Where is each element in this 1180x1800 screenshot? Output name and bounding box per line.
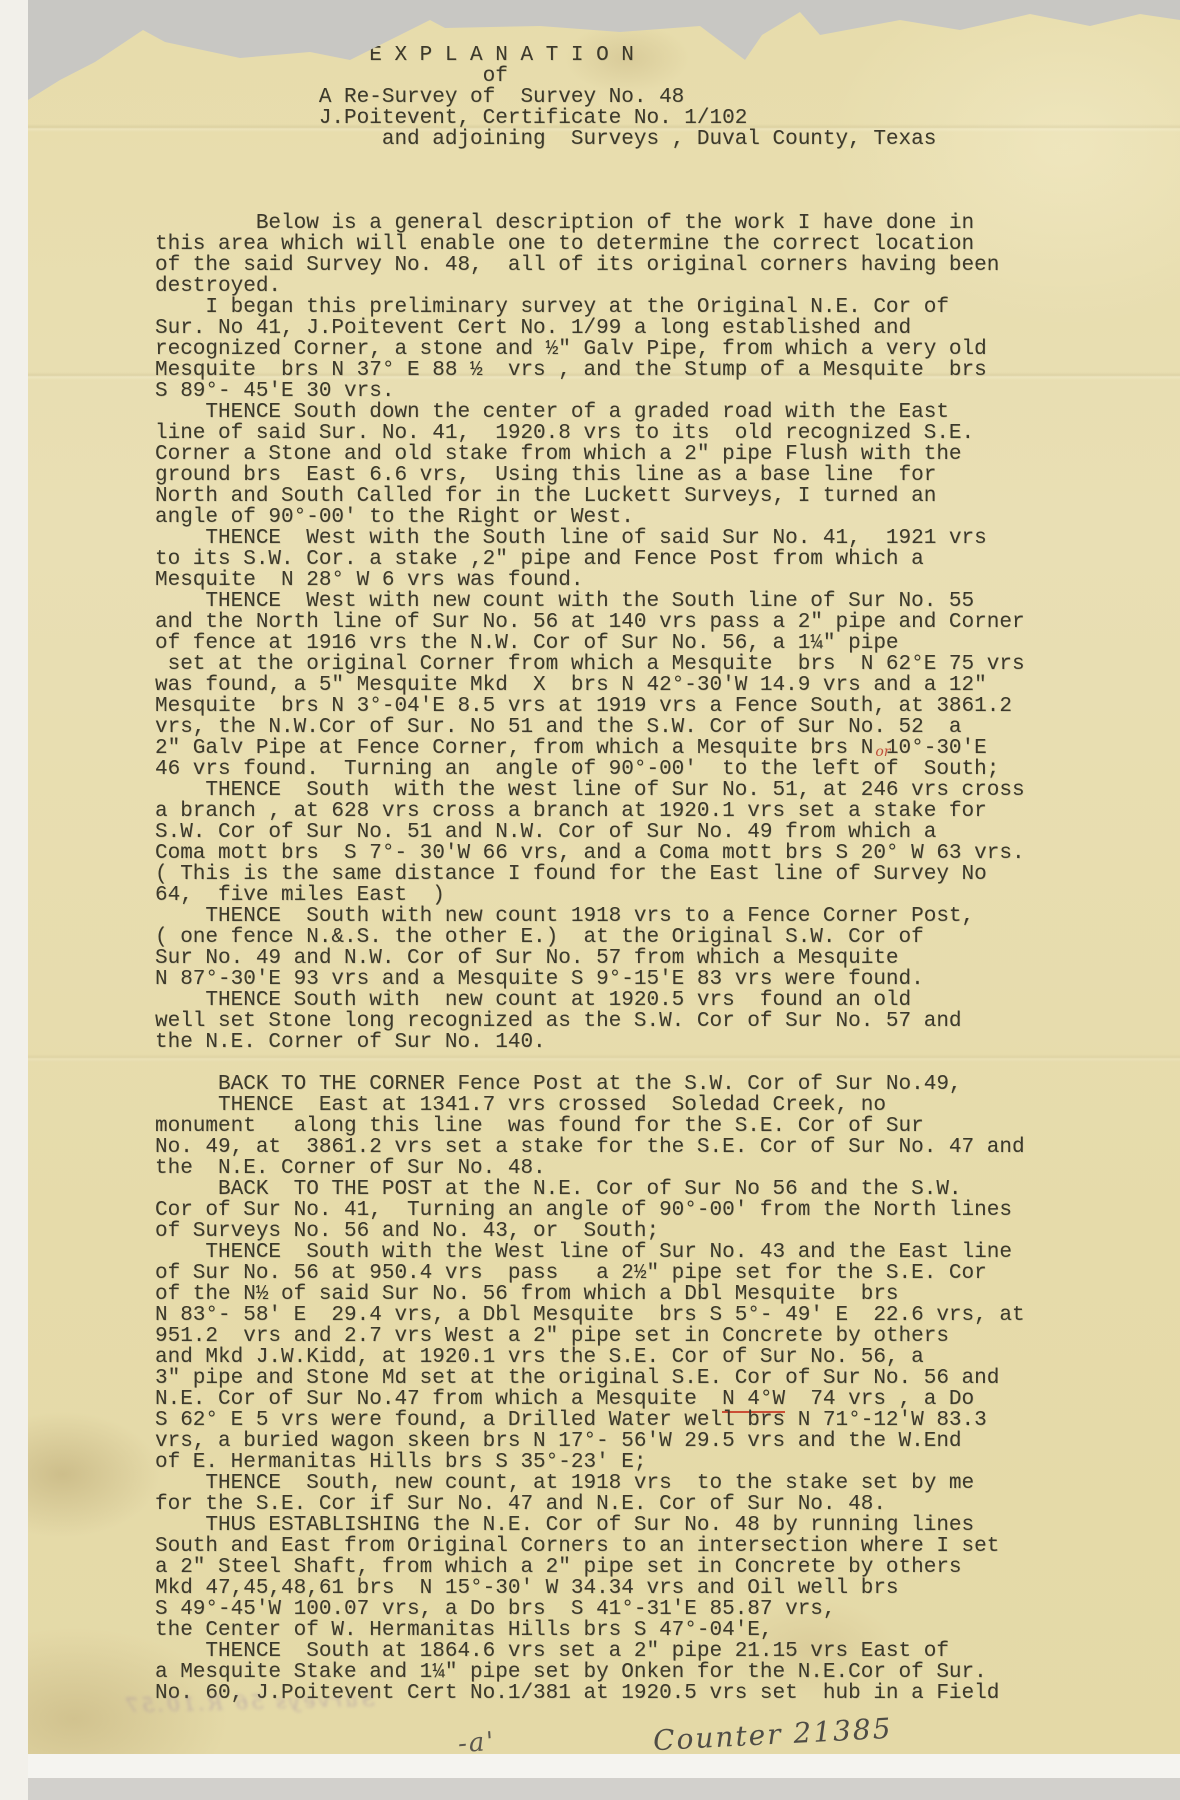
text-line: THENCE South down the center of a graded…: [155, 402, 1145, 423]
text-line: line of said Sur. No. 41, 1920.8 vrs to …: [155, 423, 1145, 444]
text-line: THENCE East at 1341.7 vrs crossed Soleda…: [155, 1095, 1145, 1116]
text-line: THENCE West with new count with the Sout…: [155, 591, 1145, 612]
text-line: S 62° E 5 vrs were found, a Drilled Wate…: [155, 1410, 1145, 1431]
text-line: N 83°- 58' E 29.4 vrs, a Dbl Mesquite br…: [155, 1305, 1145, 1326]
text-line: and Mkd J.W.Kidd, at 1920.1 vrs the S.E.…: [155, 1347, 1145, 1368]
text-line: THENCE South with new count at 1920.5 vr…: [155, 990, 1145, 1011]
text-line: this area which will enable one to deter…: [155, 234, 1145, 255]
text-line: for the S.E. Cor if Sur No. 47 and N.E. …: [155, 1494, 1145, 1515]
text-line: THENCE South with the West line of Sur N…: [155, 1242, 1145, 1263]
annotated-word: of Southor: [873, 758, 986, 781]
text-line: Cor of Sur No. 41, Turning an angle of 9…: [155, 1200, 1145, 1221]
text-line: vrs, the N.W.Cor of Sur. No 51 and the S…: [155, 717, 1145, 738]
scanner-edge-bottom-2: [28, 1778, 1180, 1800]
text-line: ( This is the same distance I found for …: [155, 864, 1145, 885]
text-line: THUS ESTABLISHING the N.E. Cor of Sur No…: [155, 1515, 1145, 1536]
paper-sheet: E X P L A N A T I O N of A Re-Survey of …: [28, 6, 1180, 1754]
text-line: Coma mott brs S 7°- 30'W 66 vrs, and a C…: [155, 843, 1145, 864]
bleed-through-writing: Surveys 56 R.10.57: [123, 1687, 375, 1718]
text-line: 951.2 vrs and 2.7 vrs West a 2" pipe set…: [155, 1326, 1145, 1347]
text-line: BACK TO THE POST at the N.E. Cor of Sur …: [155, 1179, 1145, 1200]
text-line: E X P L A N A T I O N: [155, 45, 1145, 66]
text-line: THENCE South at 1864.6 vrs set a 2" pipe…: [155, 1641, 1145, 1662]
text-line: the N.E. Corner of Sur No. 48.: [155, 1158, 1145, 1179]
text-line: S.W. Cor of Sur No. 51 and N.W. Cor of S…: [155, 822, 1145, 843]
text-line: Mesquite brs N 37° E 88 ½ vrs , and the …: [155, 360, 1145, 381]
text-line: the Center of W. Hermanitas Hills brs S …: [155, 1620, 1145, 1641]
text-line: N.E. Cor of Sur No.47 from which a Mesqu…: [155, 1389, 1145, 1410]
text-line: 46 vrs found. Turning an angle of 90°-00…: [155, 759, 1145, 780]
text-line: Mesquite N 28° W 6 vrs was found.: [155, 570, 1145, 591]
text-line: 2" Galv Pipe at Fence Corner, from which…: [155, 738, 1145, 759]
text-line: Below is a general description of the wo…: [155, 213, 1145, 234]
text-line: a 2" Steel Shaft, from which a 2" pipe s…: [155, 1557, 1145, 1578]
scanner-edge-bottom: [28, 1752, 1180, 1778]
text-line: Sur. No 41, J.Poitevent Cert No. 1/99 a …: [155, 318, 1145, 339]
text-line: S 49°-45'W 100.07 vrs, a Do brs S 41°-31…: [155, 1599, 1145, 1620]
text-line: A Re-Survey of Survey No. 48: [155, 87, 1145, 108]
text-line: THENCE South with the west line of Sur N…: [155, 780, 1145, 801]
text-line: South and East from Original Corners to …: [155, 1536, 1145, 1557]
text-line: 64, five miles East ): [155, 885, 1145, 906]
text-line: of E. Hermanitas Hills brs S 35°-23' E;: [155, 1452, 1145, 1473]
text-line: BACK TO THE CORNER Fence Post at the S.W…: [155, 1074, 1145, 1095]
typewritten-text: E X P L A N A T I O N of A Re-Survey of …: [155, 45, 1145, 1704]
text-line: 3" pipe and Stone Md set at the original…: [155, 1368, 1145, 1389]
text-line: was found, a 5" Mesquite Mkd X brs N 42°…: [155, 675, 1145, 696]
counter-number: Counter 21385: [652, 1712, 893, 1757]
text-line: No. 49, at 3861.2 vrs set a stake for th…: [155, 1137, 1145, 1158]
text-line: to its S.W. Cor. a stake ,2" pipe and Fe…: [155, 549, 1145, 570]
text-line: monument along this line was found for t…: [155, 1116, 1145, 1137]
text-line: destroyed.: [155, 276, 1145, 297]
text-line: a branch , at 628 vrs cross a branch at …: [155, 801, 1145, 822]
text-line: and the North line of Sur No. 56 at 140 …: [155, 612, 1145, 633]
text-line: the N.E. Corner of Sur No. 140.: [155, 1032, 1145, 1053]
scanner-edge-left: [0, 0, 28, 1800]
text-line: of: [155, 66, 1145, 87]
text-line: of Sur No. 56 at 950.4 vrs pass a 2½" pi…: [155, 1263, 1145, 1284]
text-line: well set Stone long recognized as the S.…: [155, 1011, 1145, 1032]
text-line: J.Poitevent, Certificate No. 1/102: [155, 108, 1145, 129]
text-line: Mesquite brs N 3°-04'E 8.5 vrs at 1919 v…: [155, 696, 1145, 717]
text-line: recognized Corner, a stone and ½" Galv P…: [155, 339, 1145, 360]
text-line: [155, 1053, 1145, 1074]
text-line: of fence at 1916 vrs the N.W. Cor of Sur…: [155, 633, 1145, 654]
text-line: THENCE South, new count, at 1918 vrs to …: [155, 1473, 1145, 1494]
text-line: N 87°-30'E 93 vrs and a Mesquite S 9°-15…: [155, 969, 1145, 990]
text-line: ( one fence N.&.S. the other E.) at the …: [155, 927, 1145, 948]
scanned-document: E X P L A N A T I O N of A Re-Survey of …: [0, 0, 1180, 1800]
text-line: ground brs East 6.6 vrs, Using this line…: [155, 465, 1145, 486]
text-line: Mkd 47,45,48,61 brs N 15°-30' W 34.34 vr…: [155, 1578, 1145, 1599]
text-line: of the N½ of said Sur No. 56 from which …: [155, 1284, 1145, 1305]
red-handwritten-note: or: [875, 745, 890, 759]
text-line: [155, 171, 1145, 192]
text-line: THENCE South with new count 1918 vrs to …: [155, 906, 1145, 927]
text-line: I began this preliminary survey at the O…: [155, 297, 1145, 318]
text-line: Corner a Stone and old stake from which …: [155, 444, 1145, 465]
text-line: vrs, a buried wagon skeen brs N 17°- 56'…: [155, 1431, 1145, 1452]
text-line: a Mesquite Stake and 1¼" pipe set by Onk…: [155, 1662, 1145, 1683]
text-line: and adjoining Surveys , Duval County, Te…: [155, 129, 1145, 150]
text-line: of the said Survey No. 48, all of its or…: [155, 255, 1145, 276]
text-line: of Surveys No. 56 and No. 43, or South;: [155, 1221, 1145, 1242]
text-line: North and South Called for in the Lucket…: [155, 486, 1145, 507]
text-line: Sur No. 49 and N.W. Cor of Sur No. 57 fr…: [155, 948, 1145, 969]
text-line: set at the original Corner from which a …: [155, 654, 1145, 675]
text-line: S 89°- 45'E 30 vrs.: [155, 381, 1145, 402]
text-line: [155, 192, 1145, 213]
text-line: THENCE West with the South line of said …: [155, 528, 1145, 549]
text-line: angle of 90°-00' to the Right or West.: [155, 507, 1145, 528]
text-line: [155, 150, 1145, 171]
